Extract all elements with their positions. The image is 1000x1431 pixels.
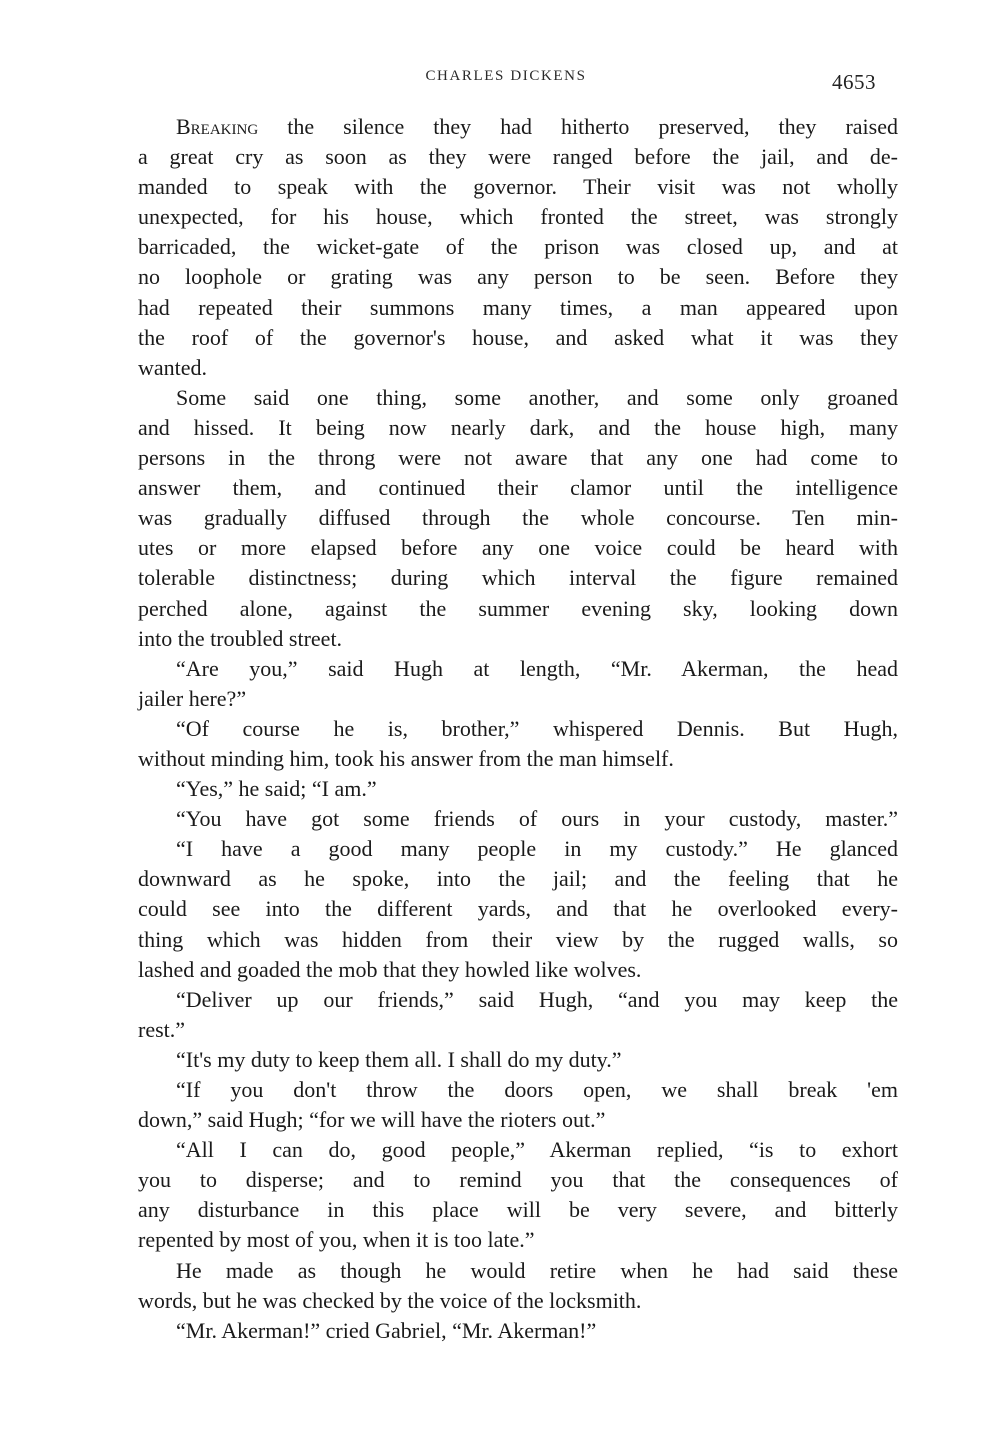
- text-line: the roof of the governor's house, and as…: [138, 323, 898, 353]
- running-title: CHARLES DICKENS: [386, 68, 626, 85]
- body-text: Breaking the silence they had hitherto p…: [138, 112, 898, 1346]
- text-line: you to disperse; and to remind you that …: [138, 1165, 898, 1195]
- text-line: “Of course he is, brother,” whispered De…: [138, 714, 898, 744]
- text-line: “Deliver up our friends,” said Hugh, “an…: [138, 985, 898, 1015]
- drop-word-smallcaps: Breaking: [176, 114, 258, 139]
- text-line: a great cry as soon as they were ranged …: [138, 142, 898, 172]
- text-line: “Mr. Akerman!” cried Gabriel, “Mr. Akerm…: [138, 1316, 898, 1346]
- text-line: no loophole or grating was any person to…: [138, 262, 898, 292]
- text-line: downward as he spoke, into the jail; and…: [138, 864, 898, 894]
- text-line: was gradually diffused through the whole…: [138, 503, 898, 533]
- text-line: jailer here?”: [138, 684, 898, 714]
- text-line: persons in the throng were not aware tha…: [138, 443, 898, 473]
- text-line: wanted.: [138, 353, 898, 383]
- text-line: answer them, and continued their clamor …: [138, 473, 898, 503]
- text-line: words, but he was checked by the voice o…: [138, 1286, 898, 1316]
- text-line: Some said one thing, some another, and s…: [138, 383, 898, 413]
- text-line: “Are you,” said Hugh at length, “Mr. Ake…: [138, 654, 898, 684]
- text-line: “If you don't throw the doors open, we s…: [138, 1075, 898, 1105]
- text-line: thing which was hidden from their view b…: [138, 925, 898, 955]
- text-line: could see into the different yards, and …: [138, 894, 898, 924]
- text-line: lashed and goaded the mob that they howl…: [138, 955, 898, 985]
- text-line: utes or more elapsed before any one voic…: [138, 533, 898, 563]
- line-text: the silence they had hitherto preserved,…: [258, 114, 898, 139]
- text-line: repented by most of you, when it is too …: [138, 1225, 898, 1255]
- text-line: had repeated their summons many times, a…: [138, 293, 898, 323]
- text-line: He made as though he would retire when h…: [138, 1256, 898, 1286]
- text-line: “All I can do, good people,” Akerman rep…: [138, 1135, 898, 1165]
- text-line: down,” said Hugh; “for we will have the …: [138, 1105, 898, 1135]
- text-line: and hissed. It being now nearly dark, an…: [138, 413, 898, 443]
- text-line: manded to speak with the governor. Their…: [138, 172, 898, 202]
- text-line: perched alone, against the summer evenin…: [138, 594, 898, 624]
- text-line: tolerable distinctness; during which int…: [138, 563, 898, 593]
- text-line: into the troubled street.: [138, 624, 898, 654]
- text-line: “You have got some friends of ours in yo…: [138, 804, 898, 834]
- page-number: 4653: [832, 70, 876, 95]
- text-line: barricaded, the wicket-gate of the priso…: [138, 232, 898, 262]
- running-head: CHARLES DICKENS 4653: [0, 68, 1000, 98]
- text-line: “It's my duty to keep them all. I shall …: [138, 1045, 898, 1075]
- text-line: Breaking the silence they had hitherto p…: [138, 112, 898, 142]
- text-line: “I have a good many people in my custody…: [138, 834, 898, 864]
- text-line: unexpected, for his house, which fronted…: [138, 202, 898, 232]
- text-line: “Yes,” he said; “I am.”: [138, 774, 898, 804]
- text-line: rest.”: [138, 1015, 898, 1045]
- book-page: CHARLES DICKENS 4653 Breaking the silenc…: [0, 0, 1000, 1431]
- text-line: without minding him, took his answer fro…: [138, 744, 898, 774]
- text-line: any disturbance in this place will be ve…: [138, 1195, 898, 1225]
